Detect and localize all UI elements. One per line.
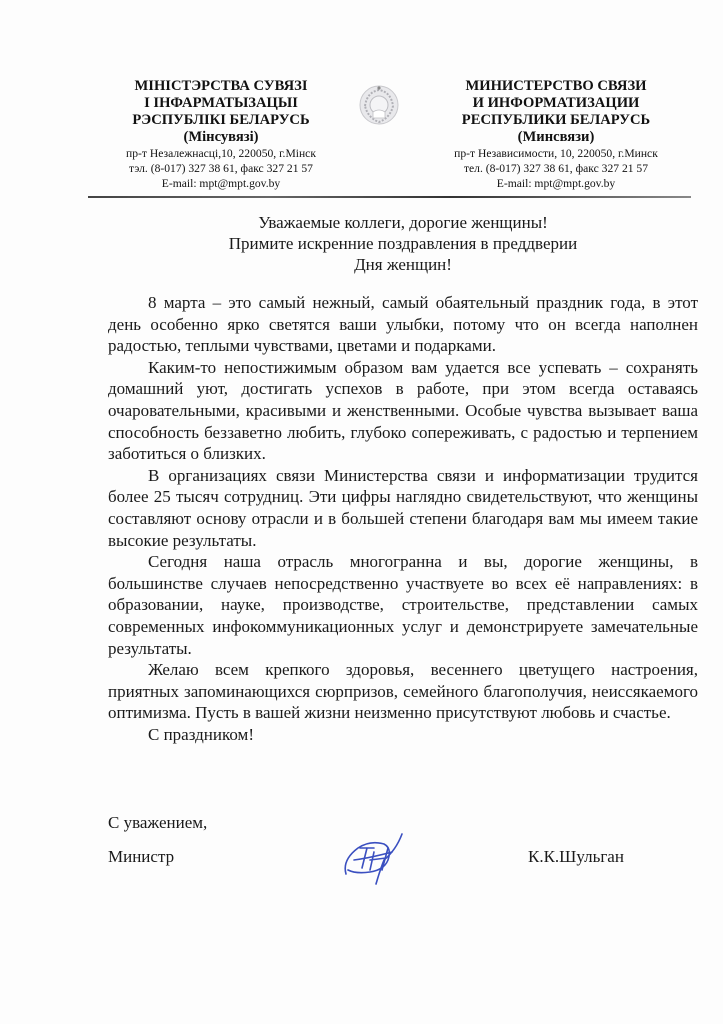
letterhead-belarusian: МІНІСТЭРСТВА СУВЯЗІ І ІНФАРМАТЫЗАЦЫІ РЭС…: [108, 78, 334, 191]
ministry-title-line-1: МІНІСТЭРСТВА СУВЯЗІ: [108, 78, 334, 95]
ministry-address: пр-т Незалежнасці,10, 220050, г.Мінск: [108, 146, 334, 161]
body-paragraph: Каким-то непостижимым образом вам удаетс…: [108, 357, 698, 465]
ministry-title-line-2: И ИНФОРМАТИЗАЦИИ: [440, 95, 672, 112]
signer-name: К.К.Шульган: [528, 846, 624, 867]
body-paragraph: Желаю всем крепкого здоровья, весеннего …: [108, 659, 698, 724]
ministry-short-name: (Мінсувязі): [108, 129, 334, 146]
ministry-address: пр-т Независимости, 10, 220050, г.Минск: [440, 146, 672, 161]
greeting: Уважаемые коллеги, дорогие женщины! Прим…: [108, 212, 698, 275]
ministry-phone: тел. (8-017) 327 38 61, факс 327 21 57: [440, 161, 672, 176]
ministry-email: E-mail: mpt@mpt.gov.by: [440, 176, 672, 191]
ministry-title-line-2: І ІНФАРМАТЫЗАЦЫІ: [108, 95, 334, 112]
ministry-title-line-3: РЭСПУБЛІКІ БЕЛАРУСЬ: [108, 112, 334, 129]
ministry-email: E-mail: mpt@mpt.gov.by: [108, 176, 334, 191]
greeting-line-1: Уважаемые коллеги, дорогие женщины!: [108, 212, 698, 233]
body-paragraph: Сегодня наша отрасль многогранна и вы, д…: [108, 551, 698, 659]
ministry-title-line-3: РЕСПУБЛИКИ БЕЛАРУСЬ: [440, 112, 672, 129]
body-paragraph: 8 марта – это самый нежный, самый обаяте…: [108, 292, 698, 357]
body-paragraph: С праздником!: [108, 724, 698, 746]
handwritten-signature-icon: [340, 830, 420, 886]
greeting-line-2: Примите искренние поздравления в преддве…: [108, 233, 698, 254]
letter-page: МІНІСТЭРСТВА СУВЯЗІ І ІНФАРМАТЫЗАЦЫІ РЭС…: [0, 0, 723, 1024]
letter-body: 8 марта – это самый нежный, самый обаяте…: [108, 292, 698, 745]
greeting-line-3: Дня женщин!: [108, 254, 698, 275]
ministry-phone: тэл. (8-017) 327 38 61, факс 327 21 57: [108, 161, 334, 176]
ministry-short-name: (Минсвязи): [440, 129, 672, 146]
letterhead-russian: МИНИСТЕРСТВО СВЯЗИ И ИНФОРМАТИЗАЦИИ РЕСП…: [440, 78, 672, 191]
letterhead-divider: [88, 196, 691, 198]
body-paragraph: В организациях связи Министерства связи …: [108, 465, 698, 551]
state-emblem-icon: [357, 82, 401, 126]
signer-title: Министр: [108, 846, 174, 867]
ministry-title-line-1: МИНИСТЕРСТВО СВЯЗИ: [440, 78, 672, 95]
